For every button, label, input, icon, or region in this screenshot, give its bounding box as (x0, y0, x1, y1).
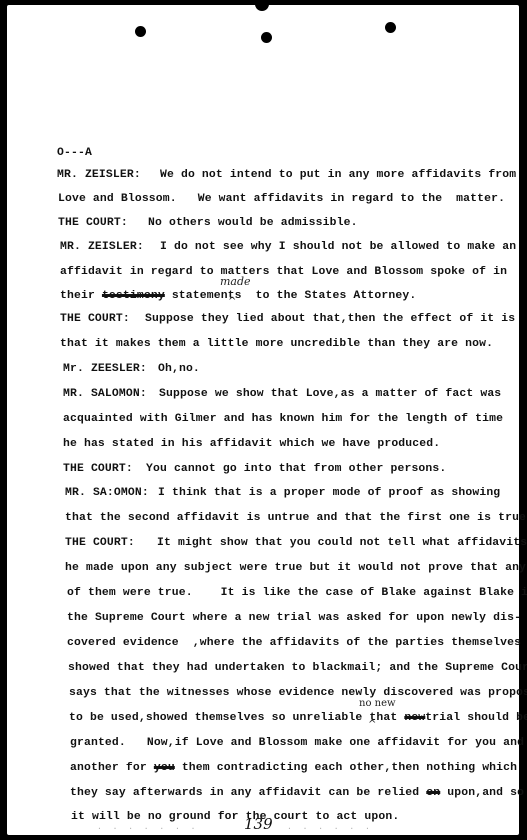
scan-speckle: . . . . . . (287, 823, 373, 832)
transcript-line: MR. ZEISLER:We do not intend to put in a… (57, 169, 516, 181)
transcript-line: their testimony statements to the States… (60, 290, 416, 302)
page-notch (255, 3, 269, 11)
speaker-label: MR. ZEISLER: (60, 241, 160, 253)
punch-hole-right (385, 22, 396, 33)
transcript-line: it will be no ground for the court to ac… (71, 811, 399, 823)
transcript-line: THE COURT:Suppose they lied about that,t… (60, 313, 515, 325)
insertion-caret: ^ (368, 719, 376, 730)
transcript-line: covered evidence ,where the affidavits o… (67, 637, 521, 649)
punch-hole-center (261, 32, 272, 43)
speaker-label: THE COURT: (60, 313, 145, 325)
transcript-line: THE COURT:You cannot go into that from o… (63, 463, 446, 475)
speaker-label: Mr. ZEESLER: (63, 363, 158, 375)
line-text: Suppose we show that Love,as a matter of… (159, 388, 501, 400)
transcript-line: they say afterwards in any affidavit can… (70, 787, 524, 799)
line-text: I think that is a proper mode of proof a… (158, 487, 500, 499)
punch-hole-left (135, 26, 146, 37)
speaker-label: THE COURT: (58, 217, 148, 229)
transcript-line: another for you them contradicting each … (70, 762, 517, 774)
transcript-line: Love and Blossom. We want affidavits in … (58, 193, 505, 205)
transcript-line: to be used,showed themselves so unreliab… (69, 712, 527, 724)
transcript-line: the Supreme Court where a new trial was … (67, 612, 521, 624)
speaker-label: MR. ZEISLER: (57, 169, 160, 181)
handwritten-insertion: made (220, 275, 251, 288)
transcript-line: showed that they had undertaken to black… (68, 662, 527, 674)
transcript-line: Mr. ZEESLER:Oh,no. (63, 363, 200, 375)
transcript-line: MR. ZEISLER:I do not see why I should no… (60, 241, 516, 253)
line-text: It might show that you could not tell wh… (157, 537, 527, 549)
line-text: Suppose they lied about that,then the ef… (145, 313, 515, 325)
section-heading: O---A (57, 147, 92, 159)
document-page: O---A MR. ZEISLER:We do not intend to pu… (7, 5, 519, 835)
transcript-line: MR. SA:OMON:I think that is a proper mod… (65, 487, 500, 499)
transcript-line: of them were true. It is like the case o… (67, 587, 527, 599)
line-text: I do not see why I should not be allowed… (160, 241, 516, 253)
line-text: Oh,no. (158, 363, 200, 375)
transcript-line: that the second affidavit is untrue and … (65, 512, 527, 524)
transcript-line: that it makes them a little more uncredi… (60, 338, 493, 350)
speaker-label: MR. SALOMON: (63, 388, 159, 400)
transcript-line: he has stated in his affidavit which we … (63, 438, 440, 450)
struck-word: new (404, 712, 425, 724)
transcript-line: THE COURT:It might show that you could n… (65, 537, 527, 549)
line-text: No others would be admissible. (148, 217, 358, 229)
line-text: We do not intend to put in any more affi… (160, 169, 516, 181)
page-number: 139 (244, 815, 273, 833)
speaker-label: MR. SA:OMON: (65, 487, 158, 499)
struck-word: testimony (102, 290, 165, 302)
line-text: You cannot go into that from other perso… (146, 463, 446, 475)
transcript-line: acquainted with Gilmer and has known him… (63, 413, 503, 425)
transcript-line: says that the witnesses whose evidence n… (69, 687, 527, 699)
transcript-line: THE COURT:No others would be admissible. (58, 217, 358, 229)
struck-word: on (426, 787, 440, 799)
transcript-line: affidavit in regard to matters that Love… (60, 266, 507, 278)
struck-word: you (154, 762, 175, 774)
transcript-line: granted. Now,if Love and Blossom make on… (70, 737, 524, 749)
handwritten-insertion: no new (359, 698, 396, 709)
speaker-label: THE COURT: (63, 463, 146, 475)
transcript-line: he made upon any subject were true but i… (65, 562, 526, 574)
speaker-label: THE COURT: (65, 537, 157, 549)
transcript-line: MR. SALOMON:Suppose we show that Love,as… (63, 388, 501, 400)
insertion-caret: ^ (228, 296, 236, 307)
scan-speckle: . . . . . . . (97, 823, 198, 832)
